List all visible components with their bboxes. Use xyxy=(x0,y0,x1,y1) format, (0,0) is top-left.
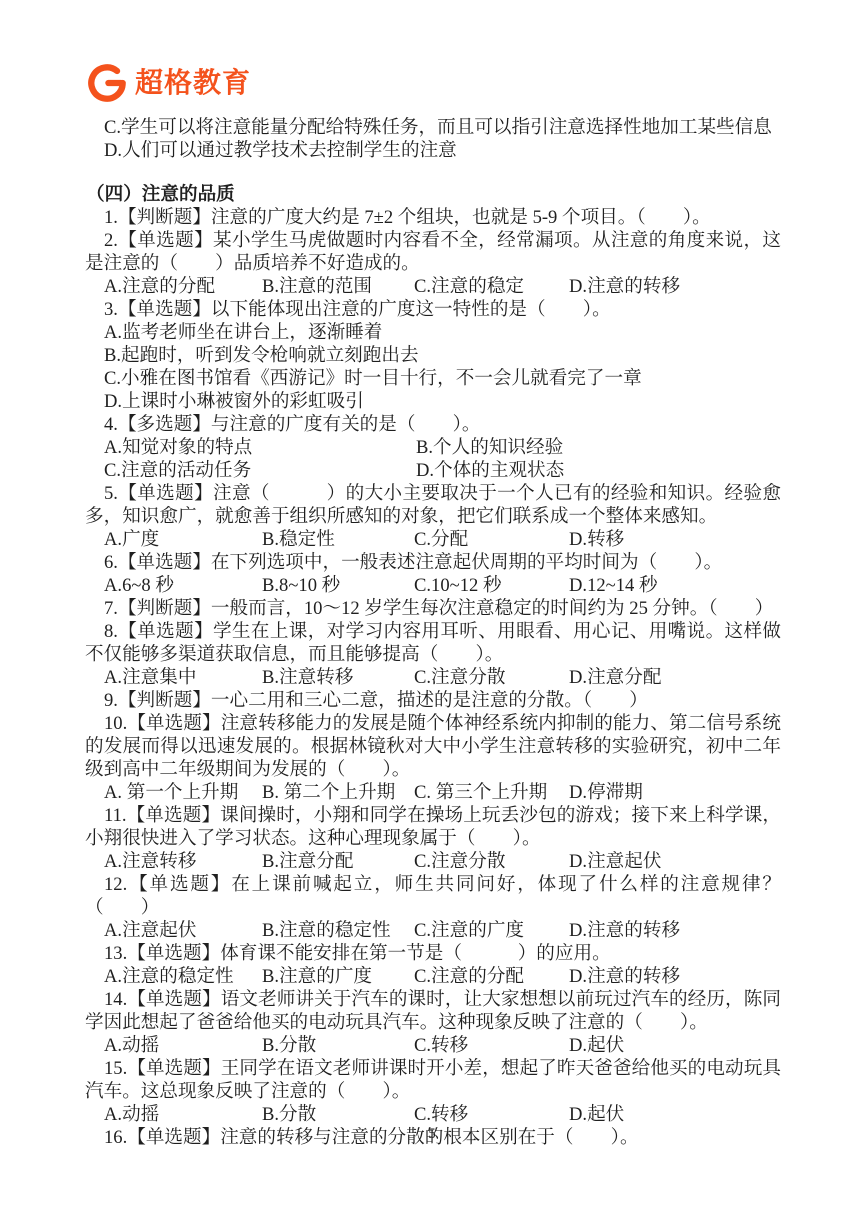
document-page: 超格教育 C.学生可以将注意能量分配给特殊任务，而且可以指引注意选择性地加工某些… xyxy=(0,0,864,1222)
question-text: 13.【单选题】体育课不能安排在第一节是（ ）的应用。 xyxy=(85,942,781,965)
option-item: B.个人的知识经验 xyxy=(416,436,563,459)
option-item: B.注意的稳定性 xyxy=(262,919,414,942)
option-item: C.注意的稳定 xyxy=(414,275,569,298)
option-item: D.停滞期 xyxy=(569,781,643,804)
option-line: B.起跑时，听到发令枪响就立刻跑出去 xyxy=(85,344,781,367)
option-item: B.注意的范围 xyxy=(262,275,414,298)
option-item: C.注意的分配 xyxy=(414,965,569,988)
option-item: B.注意转移 xyxy=(262,666,414,689)
option-item: D.转移 xyxy=(569,528,624,551)
options-row: A.注意的稳定性B.注意的广度C.注意的分配D.注意的转移 xyxy=(85,965,781,988)
brand-logo: 超格教育 xyxy=(88,64,251,102)
brand-name: 超格教育 xyxy=(135,64,251,102)
option-item: A.动摇 xyxy=(104,1034,262,1057)
page-number: 5 xyxy=(0,1126,864,1143)
options-row: A.注意集中B.注意转移C.注意分散D.注意分配 xyxy=(85,666,781,689)
options-row: A. 第一个上升期B. 第二个上升期C. 第三个上升期D.停滞期 xyxy=(85,781,781,804)
option-item: A. 第一个上升期 xyxy=(104,781,262,804)
option-item: C.注意的广度 xyxy=(414,919,569,942)
question-text: 10.【单选题】注意转移能力的发展是随个体神经系统内抑制的能力、第二信号系统的发… xyxy=(85,712,781,781)
option-item: B.注意的广度 xyxy=(262,965,414,988)
option-item: C. 第三个上升期 xyxy=(414,781,569,804)
option-item: B. 第二个上升期 xyxy=(262,781,414,804)
question-text: 11.【单选题】课间操时，小翔和同学在操场上玩丢沙包的游戏；接下来上科学课，小翔… xyxy=(85,804,781,850)
option-item: A.广度 xyxy=(104,528,262,551)
question-text: 7.【判断题】一般而言，10～12 岁学生每次注意稳定的时间约为 25 分钟。（… xyxy=(85,597,781,620)
question-text: 15.【单选题】王同学在语文老师讲课时开小差，想起了昨天爸爸给他买的电动玩具汽车… xyxy=(85,1057,781,1103)
g-logo-icon xyxy=(88,64,126,102)
option-item: D.注意的转移 xyxy=(569,965,680,988)
options-row: A.广度B.稳定性C.分配D.转移 xyxy=(85,528,781,551)
option-item: A.注意的分配 xyxy=(104,275,262,298)
option-line: D.人们可以通过教学技术去控制学生的注意 xyxy=(85,139,781,162)
option-item: C.注意分散 xyxy=(414,850,569,873)
options-row: A.注意的分配B.注意的范围C.注意的稳定D.注意的转移 xyxy=(85,275,781,298)
question-text: 12.【单选题】在上课前喊起立，师生共同问好，体现了什么样的注意规律？（ ） xyxy=(85,873,781,919)
question-text: 9.【判断题】一心二用和三心二意，描述的是注意的分散。（ ） xyxy=(85,689,781,712)
option-item: A.动摇 xyxy=(104,1103,262,1126)
option-item: C.注意的活动任务 xyxy=(104,459,416,482)
option-item: A.注意转移 xyxy=(104,850,262,873)
option-item: B.分散 xyxy=(262,1034,414,1057)
question-text: 3.【单选题】以下能体现出注意的广度这一特性的是（ ）。 xyxy=(85,298,781,321)
option-item: A.注意起伏 xyxy=(104,919,262,942)
option-item: C.转移 xyxy=(414,1034,569,1057)
option-item: A.6~8 秒 xyxy=(104,574,262,597)
options-row: A.动摇B.分散C.转移D.起伏 xyxy=(85,1034,781,1057)
option-item: C.转移 xyxy=(414,1103,569,1126)
question-text: 1.【判断题】注意的广度大约是 7±2 个组块，也就是 5-9 个项目。（ ）。 xyxy=(85,206,781,229)
option-item: A.知觉对象的特点 xyxy=(104,436,416,459)
options-row: C.注意的活动任务D.个体的主观状态 xyxy=(85,459,781,482)
question-text: 4.【多选题】与注意的广度有关的是（ ）。 xyxy=(85,413,781,436)
options-row: A.注意起伏B.注意的稳定性C.注意的广度D.注意的转移 xyxy=(85,919,781,942)
option-item: A.注意集中 xyxy=(104,666,262,689)
option-item: B.8~10 秒 xyxy=(262,574,414,597)
question-text: 14.【单选题】语文老师讲关于汽车的课时，让大家想想以前玩过汽车的经历，陈同学因… xyxy=(85,988,781,1034)
options-row: A.6~8 秒B.8~10 秒C.10~12 秒D.12~14 秒 xyxy=(85,574,781,597)
option-line: C.学生可以将注意能量分配给特殊任务，而且可以指引注意选择性地加工某些信息 xyxy=(85,116,781,139)
option-item: D.注意起伏 xyxy=(569,850,661,873)
options-row: A.注意转移B.注意分配C.注意分散D.注意起伏 xyxy=(85,850,781,873)
section-heading: （四）注意的品质 xyxy=(85,183,781,206)
option-item: D.注意分配 xyxy=(569,666,661,689)
option-item: D.注意的转移 xyxy=(569,275,680,298)
option-item: D.个体的主观状态 xyxy=(416,459,564,482)
option-item: B.注意分配 xyxy=(262,850,414,873)
option-item: B.稳定性 xyxy=(262,528,414,551)
option-item: B.分散 xyxy=(262,1103,414,1126)
option-item: D.注意的转移 xyxy=(569,919,680,942)
option-item: C.分配 xyxy=(414,528,569,551)
question-text: 8.【单选题】学生在上课，对学习内容用耳听、用眼看、用心记、用嘴说。这样做不仅能… xyxy=(85,620,781,666)
option-item: D.起伏 xyxy=(569,1034,624,1057)
options-row: A.动摇B.分散C.转移D.起伏 xyxy=(85,1103,781,1126)
question-text: 2.【单选题】某小学生马虎做题时内容看不全，经常漏项。从注意的角度来说，这是注意… xyxy=(85,229,781,275)
options-row: A.知觉对象的特点B.个人的知识经验 xyxy=(85,436,781,459)
option-line: C.小雅在图书馆看《西游记》时一目十行，不一会儿就看完了一章 xyxy=(85,367,781,390)
option-item: C.注意分散 xyxy=(414,666,569,689)
option-line: D.上课时小琳被窗外的彩虹吸引 xyxy=(85,390,781,413)
option-item: D.12~14 秒 xyxy=(569,574,658,597)
option-item: D.起伏 xyxy=(569,1103,624,1126)
option-item: A.注意的稳定性 xyxy=(104,965,262,988)
option-item: C.10~12 秒 xyxy=(414,574,569,597)
document-content: C.学生可以将注意能量分配给特殊任务，而且可以指引注意选择性地加工某些信息D.人… xyxy=(85,116,781,1149)
option-line: A.监考老师坐在讲台上，逐渐睡着 xyxy=(85,321,781,344)
question-text: 6.【单选题】在下列选项中，一般表述注意起伏周期的平均时间为（ ）。 xyxy=(85,551,781,574)
question-text: 5.【单选题】注意（ ）的大小主要取决于一个人已有的经验和知识。经验愈多，知识愈… xyxy=(85,482,781,528)
